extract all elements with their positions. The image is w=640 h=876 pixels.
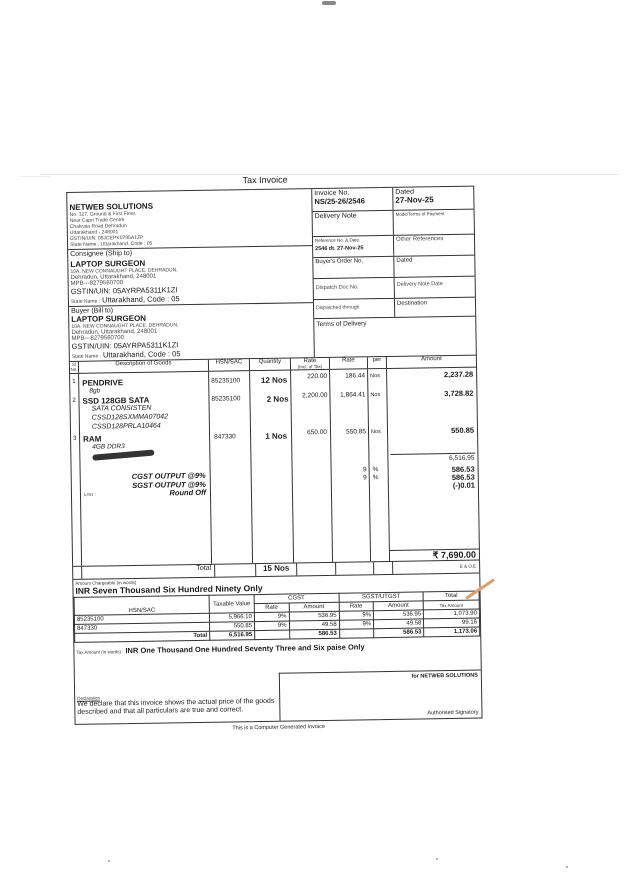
delivery-note-label: Delivery Note [313, 211, 394, 236]
col-description: Description of Goods [79, 360, 209, 373]
buyer-state: Uttarakhand, Code : 05 [103, 349, 181, 359]
tax-words-value: INR One Thousand One Hundred Seventy Thr… [125, 642, 364, 655]
row-sl: 2 [72, 398, 75, 404]
signature-box: for NETWEB SOLUTIONS Authorised Signator… [279, 670, 482, 721]
tax-col-taxable: Taxable Value [209, 595, 254, 614]
item-unit: Nos [371, 429, 381, 435]
eoe-note: E & O.E [393, 561, 479, 574]
item-detail: SATA CONSISTEN [92, 405, 152, 413]
declaration-section: Declaration We declare that this invoice… [75, 666, 482, 724]
buyers-order-dated-label: Dated [394, 256, 474, 277]
invoice-no: NS/25-26/2546 [314, 196, 390, 206]
buyer-state-label: State Name : [72, 353, 101, 359]
item-hsn: 85235100 [211, 377, 240, 384]
item-amount: 550.85 [451, 426, 474, 435]
item-rate: 1,864.41 [340, 391, 365, 398]
item-hsn: 847330 [214, 433, 236, 440]
invoice-page: Tax Invoice NETWEB SOLUTIONS No. 327, Gr… [66, 172, 483, 734]
reference-value: 2546 dt. 27-Nov-25 [315, 245, 391, 252]
row-sl: 3 [73, 436, 76, 442]
scan-edge-line [20, 176, 50, 177]
consignee-block: Consignee (Ship to) LAPTOP SURGEON 10A, … [68, 246, 313, 307]
col-hsn: HSN/SAC [209, 359, 250, 371]
seller-block: NETWEB SOLUTIONS No. 327, Ground & First… [67, 189, 312, 250]
item-name: RAM [83, 434, 101, 443]
reference-label: Reference No. & Date. [315, 237, 391, 243]
col-sl: Sl No. [70, 362, 79, 373]
item-unit: Nos [370, 392, 380, 398]
redacted-serial [92, 452, 154, 461]
tax-col-hsn: HSN/SAC [74, 595, 209, 615]
scan-speck [108, 860, 110, 862]
destination-label: Destination [395, 298, 475, 317]
item-name: PENDRIVE [82, 378, 123, 388]
grand-total: ₹ 7,690.00 [433, 550, 476, 562]
item-amount: 2,237.28 [444, 370, 473, 379]
invoice-sheet: NETWEB SOLUTIONS No. 327, Ground & First… [66, 186, 482, 725]
consignee-state-label: State Name : [71, 298, 100, 304]
item-rate-incl: 650.00 [307, 429, 327, 436]
item-detail: 8gb [89, 387, 100, 394]
col-per: per [368, 357, 387, 368]
buyers-order-label: Buyer's Order No. [313, 257, 394, 278]
dispatch-doc-label: Dispatch Doc No. [314, 278, 395, 299]
subtotal: 6,516.95 [449, 455, 474, 462]
row-sl: 1 [72, 379, 75, 385]
item-detail: 4GB DDR3 [92, 443, 125, 451]
authorised-signatory: Authorised Signatory [427, 710, 478, 717]
round-off-amount: (-)0.01 [453, 481, 475, 490]
terms-of-delivery-label: Terms of Delivery [314, 317, 475, 331]
item-hsn: 85235100 [211, 395, 240, 402]
item-rate-incl: 2,200.00 [302, 392, 327, 399]
col-quantity: Quantity [250, 358, 291, 370]
col-rate: Rate [330, 357, 368, 369]
item-rate-incl: 220.00 [307, 373, 327, 380]
item-unit: Nos [370, 373, 380, 379]
items-table-body: 1 2 3 PENDRIVE 8gb SSD 128GB SATA SATA C… [70, 368, 479, 566]
tax-words-label: Tax Amount (in words) : [76, 649, 123, 655]
buyer-block: Buyer (Bill to) LAPTOP SURGEON 10A, NEW … [69, 303, 314, 361]
tax-summary-table: HSN/SAC Taxable Value CGST SGST/UTGST To… [74, 591, 481, 643]
scan-speck [566, 866, 568, 868]
scan-speck [436, 858, 438, 860]
item-qty: 12 Nos [261, 376, 287, 385]
item-serial: CSSD128SXMMA07042 [92, 413, 168, 421]
item-amount: 3,728.82 [444, 389, 473, 398]
invoice-date: 27-Nov-25 [395, 195, 471, 205]
payment-terms-label: Mode/Terms of Payment [394, 210, 474, 235]
declaration-text: We declare that this invoice shows the a… [77, 698, 277, 717]
item-qty: 2 Nos [267, 395, 289, 404]
sgst-rate: 9 [363, 474, 367, 481]
consignee-state: Uttarakhand, Code : 05 [102, 294, 180, 304]
other-references-label: Other References [394, 235, 474, 256]
sgst-per: % [373, 474, 379, 481]
round-off-label: Round Off [169, 488, 206, 498]
total-quantity: 15 Nos [256, 563, 297, 576]
item-rate: 186.44 [345, 372, 365, 379]
cgst-rate: 9 [363, 466, 367, 473]
cgst-per: % [373, 466, 379, 473]
less-label: Less : [84, 492, 96, 497]
scan-artifact [322, 1, 336, 5]
delivery-note-date-label: Delivery Note Date [395, 277, 475, 298]
item-qty: 1 Nos [265, 432, 287, 441]
col-rate-incl-sub: (Incl. of Tax) [291, 364, 329, 370]
item-rate: 550.85 [346, 428, 366, 435]
col-amount: Amount [387, 356, 476, 368]
invoice-meta: Invoice No.NS/25-26/2546 Dated27-Nov-25 … [312, 187, 476, 358]
dispatched-through-label: Dispatched through [314, 299, 395, 318]
item-serial: CSSD128PRLA10464 [92, 423, 161, 431]
parties-column: NETWEB SOLUTIONS No. 327, Ground & First… [67, 189, 315, 361]
total-label: Total [82, 565, 215, 579]
signature-company: for NETWEB SOLUTIONS [412, 673, 478, 680]
